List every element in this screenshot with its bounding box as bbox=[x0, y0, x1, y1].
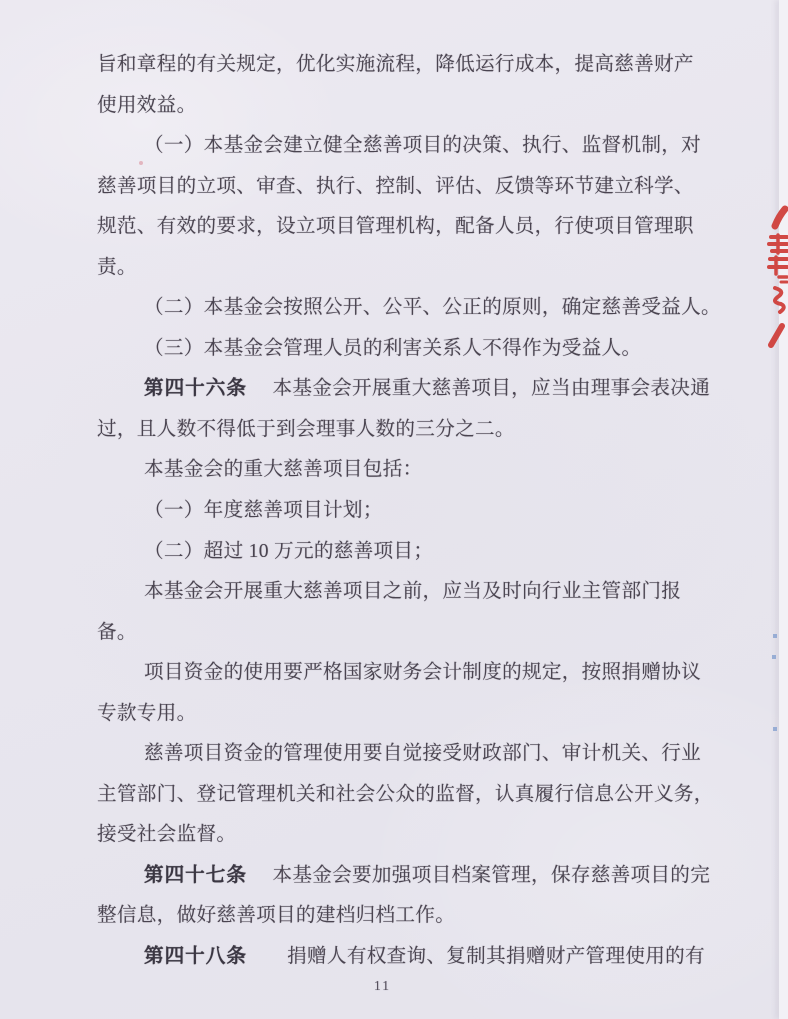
line-text: 慈善项目的立项、审查、执行、控制、评估、反馈等环节建立科学、 bbox=[97, 176, 694, 197]
text-line: 项目资金的使用要严格国家财务会计制度的规定，按照捐赠协议 bbox=[97, 653, 717, 694]
red-seal-fragment bbox=[756, 200, 788, 350]
line-text: 本基金会开展重大慈善项目之前，应当及时向行业主管部门报 bbox=[144, 581, 681, 602]
text-line: 第四十七条本基金会要加强项目档案管理，保存慈善项目的完 bbox=[97, 856, 717, 897]
edge-mark bbox=[772, 655, 776, 659]
text-line: 本基金会的重大慈善项目包括： bbox=[97, 450, 717, 491]
text-line: 备。 bbox=[97, 613, 717, 654]
line-text: 本基金会要加强项目档案管理，保存慈善项目的完 bbox=[272, 865, 710, 886]
text-line: 本基金会开展重大慈善项目之前，应当及时向行业主管部门报 bbox=[97, 572, 717, 613]
text-line: （二）本基金会按照公开、公平、公正的原则，确定慈善受益人。 bbox=[97, 288, 717, 329]
text-line: 旨和章程的有关规定，优化实施流程，降低运行成本，提高慈善财产 bbox=[97, 45, 717, 86]
text-line: 第四十八条捐赠人有权查询、复制其捐赠财产管理使用的有 bbox=[97, 937, 717, 978]
line-text: 过，且人数不得低于到会理事人数的三分之二。 bbox=[97, 419, 515, 440]
line-text: （三）本基金会管理人员的利害关系人不得作为受益人。 bbox=[144, 338, 641, 359]
line-text: 备。 bbox=[97, 622, 137, 643]
text-line: 慈善项目的立项、审查、执行、控制、评估、反馈等环节建立科学、 bbox=[97, 167, 717, 208]
line-text: 接受社会监督。 bbox=[97, 824, 236, 845]
page-number: 11 bbox=[374, 978, 391, 994]
line-text: 本基金会开展重大慈善项目，应当由理事会表决通 bbox=[272, 378, 710, 399]
line-text: 本基金会的重大慈善项目包括： bbox=[144, 459, 423, 480]
text-line: 专款专用。 bbox=[97, 694, 717, 735]
text-line: 整信息，做好慈善项目的建档归档工作。 bbox=[97, 896, 717, 937]
article-number: 第四十八条 bbox=[144, 946, 247, 967]
document-body: 旨和章程的有关规定，优化实施流程，降低运行成本，提高慈善财产使用效益。（一）本基… bbox=[97, 45, 717, 978]
line-text: （一）本基金会建立健全慈善项目的决策、执行、监督机制，对 bbox=[144, 135, 701, 156]
text-line: 责。 bbox=[97, 248, 717, 289]
line-text: 责。 bbox=[97, 257, 137, 278]
text-line: （一）本基金会建立健全慈善项目的决策、执行、监督机制，对 bbox=[97, 126, 717, 167]
article-number: 第四十七条 bbox=[144, 865, 247, 886]
line-text: 专款专用。 bbox=[97, 703, 196, 724]
text-line: 第四十六条本基金会开展重大慈善项目，应当由理事会表决通 bbox=[97, 369, 717, 410]
line-text: （二）本基金会按照公开、公平、公正的原则，确定慈善受益人。 bbox=[144, 297, 721, 318]
text-line: 过，且人数不得低于到会理事人数的三分之二。 bbox=[97, 410, 717, 451]
edge-mark bbox=[773, 634, 777, 638]
text-line: 慈善项目资金的管理使用要自觉接受财政部门、审计机关、行业 bbox=[97, 734, 717, 775]
text-line: 规范、有效的要求，设立项目管理机构，配备人员，行使项目管理职 bbox=[97, 207, 717, 248]
text-line: 接受社会监督。 bbox=[97, 815, 717, 856]
ink-speck bbox=[139, 161, 143, 165]
line-text: 主管部门、登记管理机关和社会公众的监督，认真履行信息公开义务， bbox=[97, 784, 714, 805]
line-text: 旨和章程的有关规定，优化实施流程，降低运行成本，提高慈善财产 bbox=[97, 54, 694, 75]
article-number: 第四十六条 bbox=[144, 378, 247, 399]
line-text: 慈善项目资金的管理使用要自觉接受财政部门、审计机关、行业 bbox=[144, 743, 701, 764]
line-text: 项目资金的使用要严格国家财务会计制度的规定，按照捐赠协议 bbox=[144, 662, 701, 683]
line-text: 整信息，做好慈善项目的建档归档工作。 bbox=[97, 905, 455, 926]
text-line: （一）年度慈善项目计划； bbox=[97, 491, 717, 532]
scanned-page: { "colors": { "text": "#4a4450", "bold_t… bbox=[0, 0, 788, 1019]
line-text: （二）超过 10 万元的慈善项目； bbox=[144, 541, 433, 562]
text-line: 使用效益。 bbox=[97, 86, 717, 127]
text-line: （二）超过 10 万元的慈善项目； bbox=[97, 532, 717, 573]
line-text: 使用效益。 bbox=[97, 95, 196, 116]
line-text: 捐赠人有权查询、复制其捐赠财产管理使用的有 bbox=[287, 946, 705, 967]
page-right-edge bbox=[779, 0, 788, 1019]
text-line: （三）本基金会管理人员的利害关系人不得作为受益人。 bbox=[97, 329, 717, 370]
text-line: 主管部门、登记管理机关和社会公众的监督，认真履行信息公开义务， bbox=[97, 775, 717, 816]
line-text: 规范、有效的要求，设立项目管理机构，配备人员，行使项目管理职 bbox=[97, 216, 694, 237]
line-text: （一）年度慈善项目计划； bbox=[144, 500, 383, 521]
edge-mark bbox=[773, 727, 777, 731]
